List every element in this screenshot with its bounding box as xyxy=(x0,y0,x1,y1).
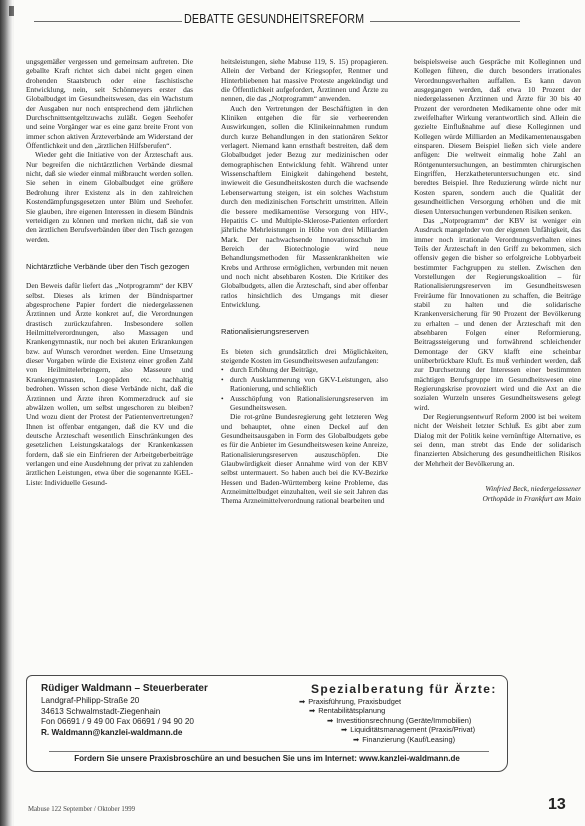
paragraph: Das „Notprogramm“ der KBV ist weniger ei… xyxy=(414,216,581,412)
advertiser-email: R. Waldmann@kanzlei-waldmann.de xyxy=(41,728,241,739)
magazine-page: DEBATTE GESUNDHEITSREFORM ungsgemäßer ve… xyxy=(14,0,585,826)
arrow-right-icon: ➡ xyxy=(353,735,359,744)
page-number: 13 xyxy=(548,796,566,814)
paragraph: Der Regierungsentwurf Reform 2000 ist be… xyxy=(414,412,581,468)
subheading: Nichtärztliche Verbände über den Tisch g… xyxy=(26,262,193,272)
service-item: ➡Investitionsrechnung (Geräte/Immobilien… xyxy=(327,716,504,725)
advertisement-box: Rüdiger Waldmann – Steuerberater Landgra… xyxy=(26,675,508,772)
text-column-3: beispielsweise auch Gespräche mit Kolleg… xyxy=(414,57,581,504)
header-rule-left xyxy=(34,21,182,22)
arrow-right-icon: ➡ xyxy=(299,697,305,706)
advertiser-name: Rüdiger Waldmann – Steuerberater xyxy=(41,682,241,695)
service-item: ➡Rentabilitätsplanung xyxy=(309,706,504,715)
text-column-2: heitsleistungen, siehe Mabuse 119, S. 15… xyxy=(221,57,388,506)
paragraph: Die rot-grüne Bundesregierung geht letzt… xyxy=(221,412,388,505)
service-item: ➡Praxisführung, Praxisbudget xyxy=(299,697,504,706)
paragraph: beispielsweise auch Gespräche mit Kolleg… xyxy=(414,57,581,216)
list-item: Ausschöpfung von Rationalisierungsreserv… xyxy=(221,394,388,413)
subheading: Rationalisierungsreserven xyxy=(221,327,388,337)
service-item: ➡Finanzierung (Kauf/Leasing) xyxy=(353,735,504,744)
header-rule-right xyxy=(370,21,520,22)
paragraph: Wieder geht die Initiative von der Ärzte… xyxy=(26,150,193,243)
author-name: Winfried Beck, niedergelassener xyxy=(414,484,581,494)
service-item: ➡Liquiditätsmanagement (Praxis/Privat) xyxy=(341,725,504,734)
author-signature: Winfried Beck, niedergelassener Orthopäd… xyxy=(414,484,581,504)
advertiser-city: 34613 Schwalmstadt-Ziegenhain xyxy=(41,707,241,718)
advertiser-services: Spezialberatung für Ärzte: ➡Praxisführun… xyxy=(299,682,504,744)
ad-call-to-action: Fordern Sie unsere Praxisbroschüre an un… xyxy=(27,754,507,763)
paragraph: heitsleistungen, siehe Mabuse 119, S. 15… xyxy=(221,57,388,104)
ad-divider xyxy=(49,751,489,752)
text-column-1: ungsgemäßer vergessen und gemeinsam auft… xyxy=(26,57,193,487)
list-item: durch Erhöhung der Beiträge, xyxy=(221,365,388,374)
publication-info: Mabuse 122 September / Oktober 1999 xyxy=(28,806,135,813)
paragraph: Auch den Vertretungen der Beschäftigten … xyxy=(221,104,388,310)
arrow-right-icon: ➡ xyxy=(341,725,347,734)
section-title: DEBATTE GESUNDHEITSREFORM xyxy=(184,12,342,26)
bullet-list: durch Erhöhung der Beiträge, durch Auskl… xyxy=(221,365,388,412)
arrow-right-icon: ➡ xyxy=(327,716,333,725)
paragraph: Es bieten sich grundsätzlich drei Möglic… xyxy=(221,347,388,366)
paragraph: ungsgemäßer vergessen und gemeinsam auft… xyxy=(26,57,193,150)
author-role: Orthopäde in Frankfurt am Main xyxy=(414,494,581,504)
arrow-right-icon: ➡ xyxy=(309,706,315,715)
section-header: DEBATTE GESUNDHEITSREFORM xyxy=(24,12,524,32)
services-title: Spezialberatung für Ärzte: xyxy=(311,682,504,696)
advertiser-contact: Rüdiger Waldmann – Steuerberater Landgra… xyxy=(41,682,241,738)
list-item: durch Ausklammerung von GKV-Leistungen, … xyxy=(221,375,388,394)
advertiser-street: Landgraf-Philipp-Straße 20 xyxy=(41,696,241,707)
paragraph: Den Beweis dafür liefert das „Notprogram… xyxy=(26,281,193,487)
advertiser-phone-fax: Fon 06691 / 9 49 00 Fax 06691 / 94 90 20 xyxy=(41,717,241,728)
page-binding-shadow xyxy=(0,0,12,826)
